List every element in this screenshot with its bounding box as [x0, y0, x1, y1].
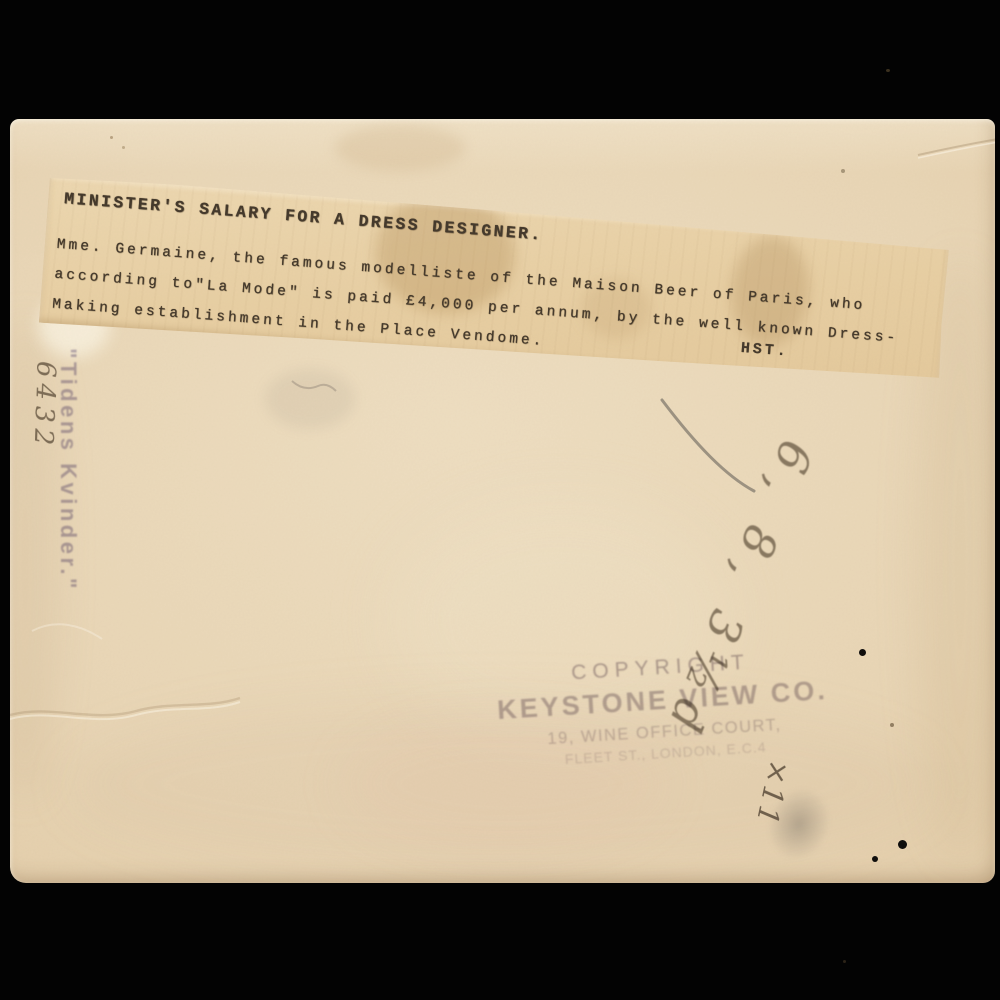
foxing-speck — [122, 146, 125, 149]
ink-dot — [898, 840, 907, 849]
scanned-photo-verso: MINISTER'S SALARY FOR A DRESS DESIGNER. … — [0, 0, 1000, 1000]
pencil-smudge — [265, 369, 355, 429]
dust-speck — [843, 960, 846, 963]
foxing-speck — [841, 169, 845, 173]
caption-credit: HST. — [740, 340, 789, 361]
foxing-speck — [110, 136, 113, 139]
ink-dot — [872, 856, 878, 862]
caption-label: MINISTER'S SALARY FOR A DRESS DESIGNER. … — [39, 175, 950, 391]
ink-dot — [859, 649, 866, 656]
foxing-speck — [890, 723, 894, 727]
paper-stain — [335, 125, 465, 171]
photo-card-back: MINISTER'S SALARY FOR A DRESS DESIGNER. … — [10, 119, 995, 883]
inventory-number-pencil: 6432 — [27, 361, 60, 462]
dust-speck — [886, 69, 890, 72]
